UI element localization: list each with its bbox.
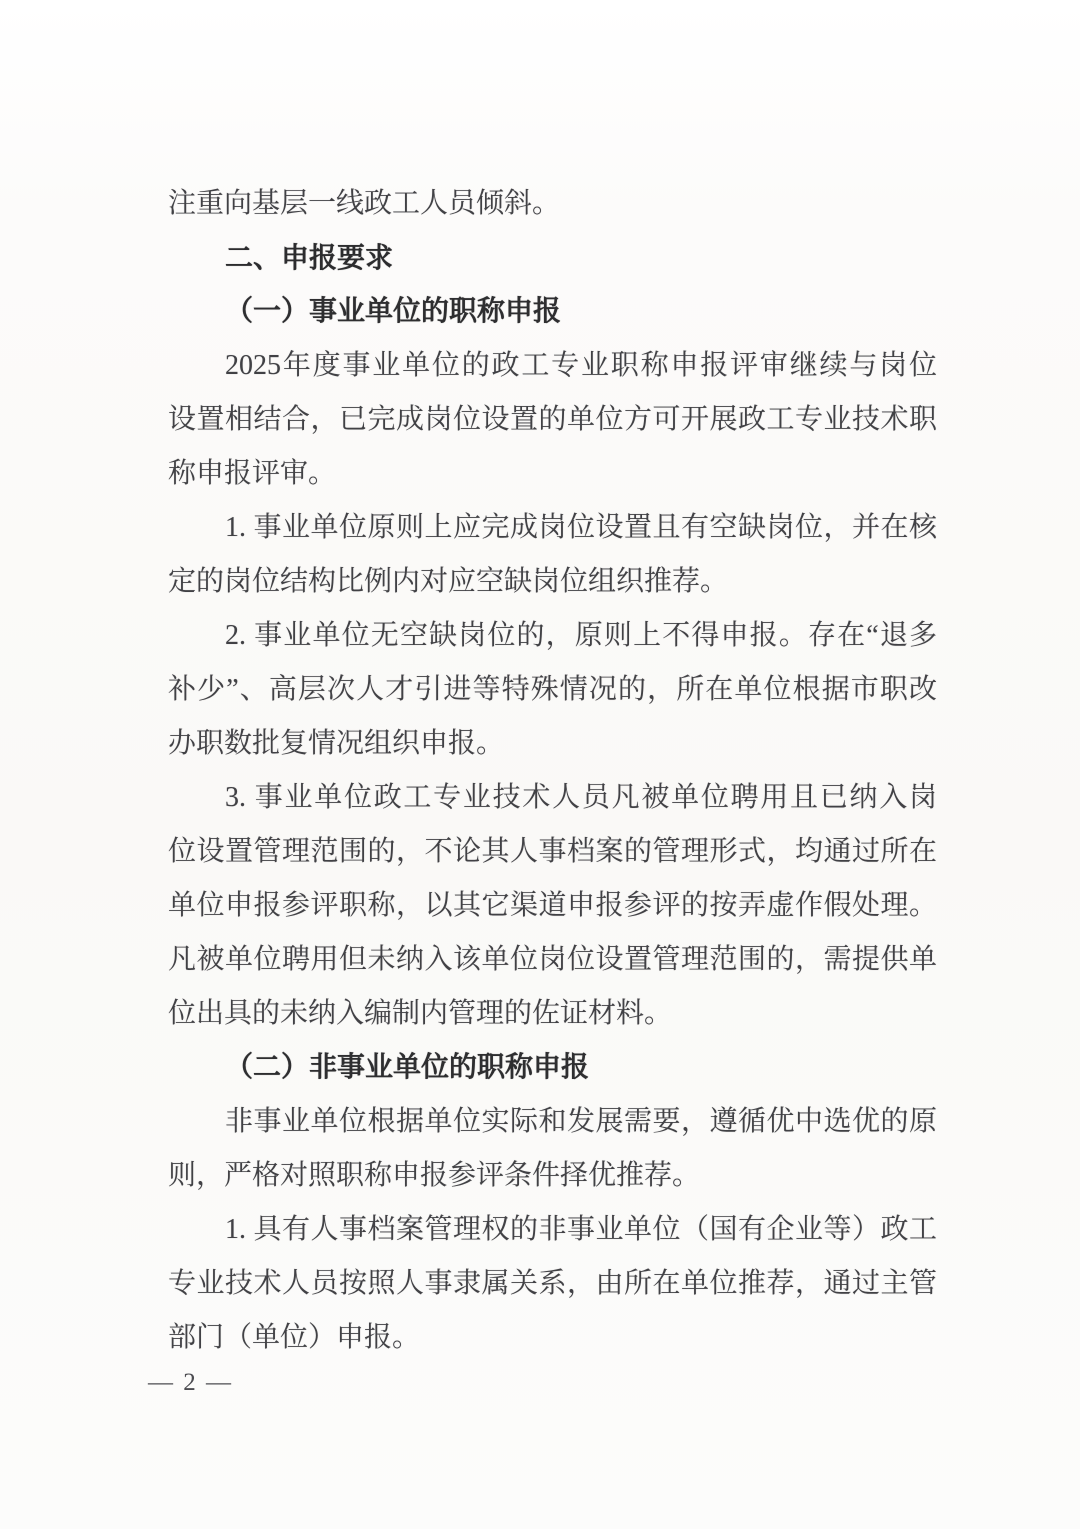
list-item-3-line: 凡被单位聘用但未纳入该单位岗位设置管理范围的，需提供单 xyxy=(168,933,937,987)
intro-line: 注重向基层一线政工人员倾斜。 xyxy=(168,177,937,231)
list-item-3-line: 3. 事业单位政工专业技术人员凡被单位聘用且已纳入岗 xyxy=(168,771,937,825)
list-item-2-line: 办职数批复情况组织申报。 xyxy=(168,717,937,771)
list-item-1-line: 专业技术人员按照人事隶属关系，由所在单位推荐，通过主管 xyxy=(168,1257,937,1311)
paragraph-line: 设置相结合，已完成岗位设置的单位方可开展政工专业技术职 xyxy=(168,393,937,447)
document-body: 注重向基层一线政工人员倾斜。 二、申报要求 （一）事业单位的职称申报 2025年… xyxy=(168,177,937,1401)
list-item-2-line: 补少”、高层次人才引进等特殊情况的，所在单位根据市职改 xyxy=(168,663,937,717)
paragraph-line: 称申报评审。 xyxy=(168,447,937,501)
page-number: — 2 — xyxy=(148,1365,937,1401)
paragraph-line: 2025年度事业单位的政工专业职称申报评审继续与岗位 xyxy=(168,339,937,393)
list-item-3-line: 位设置管理范围的，不论其人事档案的管理形式，均通过所在 xyxy=(168,825,937,879)
list-item-3-line: 单位申报参评职称，以其它渠道申报参评的按弄虚作假处理。 xyxy=(168,879,937,933)
document-page: 注重向基层一线政工人员倾斜。 二、申报要求 （一）事业单位的职称申报 2025年… xyxy=(0,0,1080,1529)
list-item-1-line: 1. 具有人事档案管理权的非事业单位（国有企业等）政工 xyxy=(168,1203,937,1257)
list-item-1-line: 定的岗位结构比例内对应空缺岗位组织推荐。 xyxy=(168,555,937,609)
list-item-1-line: 部门（单位）申报。 xyxy=(168,1311,937,1365)
list-item-2-line: 2. 事业单位无空缺岗位的，原则上不得申报。存在“退多 xyxy=(168,609,937,663)
paragraph-line: 非事业单位根据单位实际和发展需要，遵循优中选优的原 xyxy=(168,1095,937,1149)
section-heading-2: 二、申报要求 xyxy=(168,231,937,285)
list-item-1-line: 1. 事业单位原则上应完成岗位设置且有空缺岗位，并在核 xyxy=(168,501,937,555)
subsection-heading-2-2: （二）非事业单位的职称申报 xyxy=(168,1041,937,1095)
list-item-3-line: 位出具的未纳入编制内管理的佐证材料。 xyxy=(168,987,937,1041)
paragraph-line: 则，严格对照职称申报参评条件择优推荐。 xyxy=(168,1149,937,1203)
subsection-heading-2-1: （一）事业单位的职称申报 xyxy=(168,285,937,339)
